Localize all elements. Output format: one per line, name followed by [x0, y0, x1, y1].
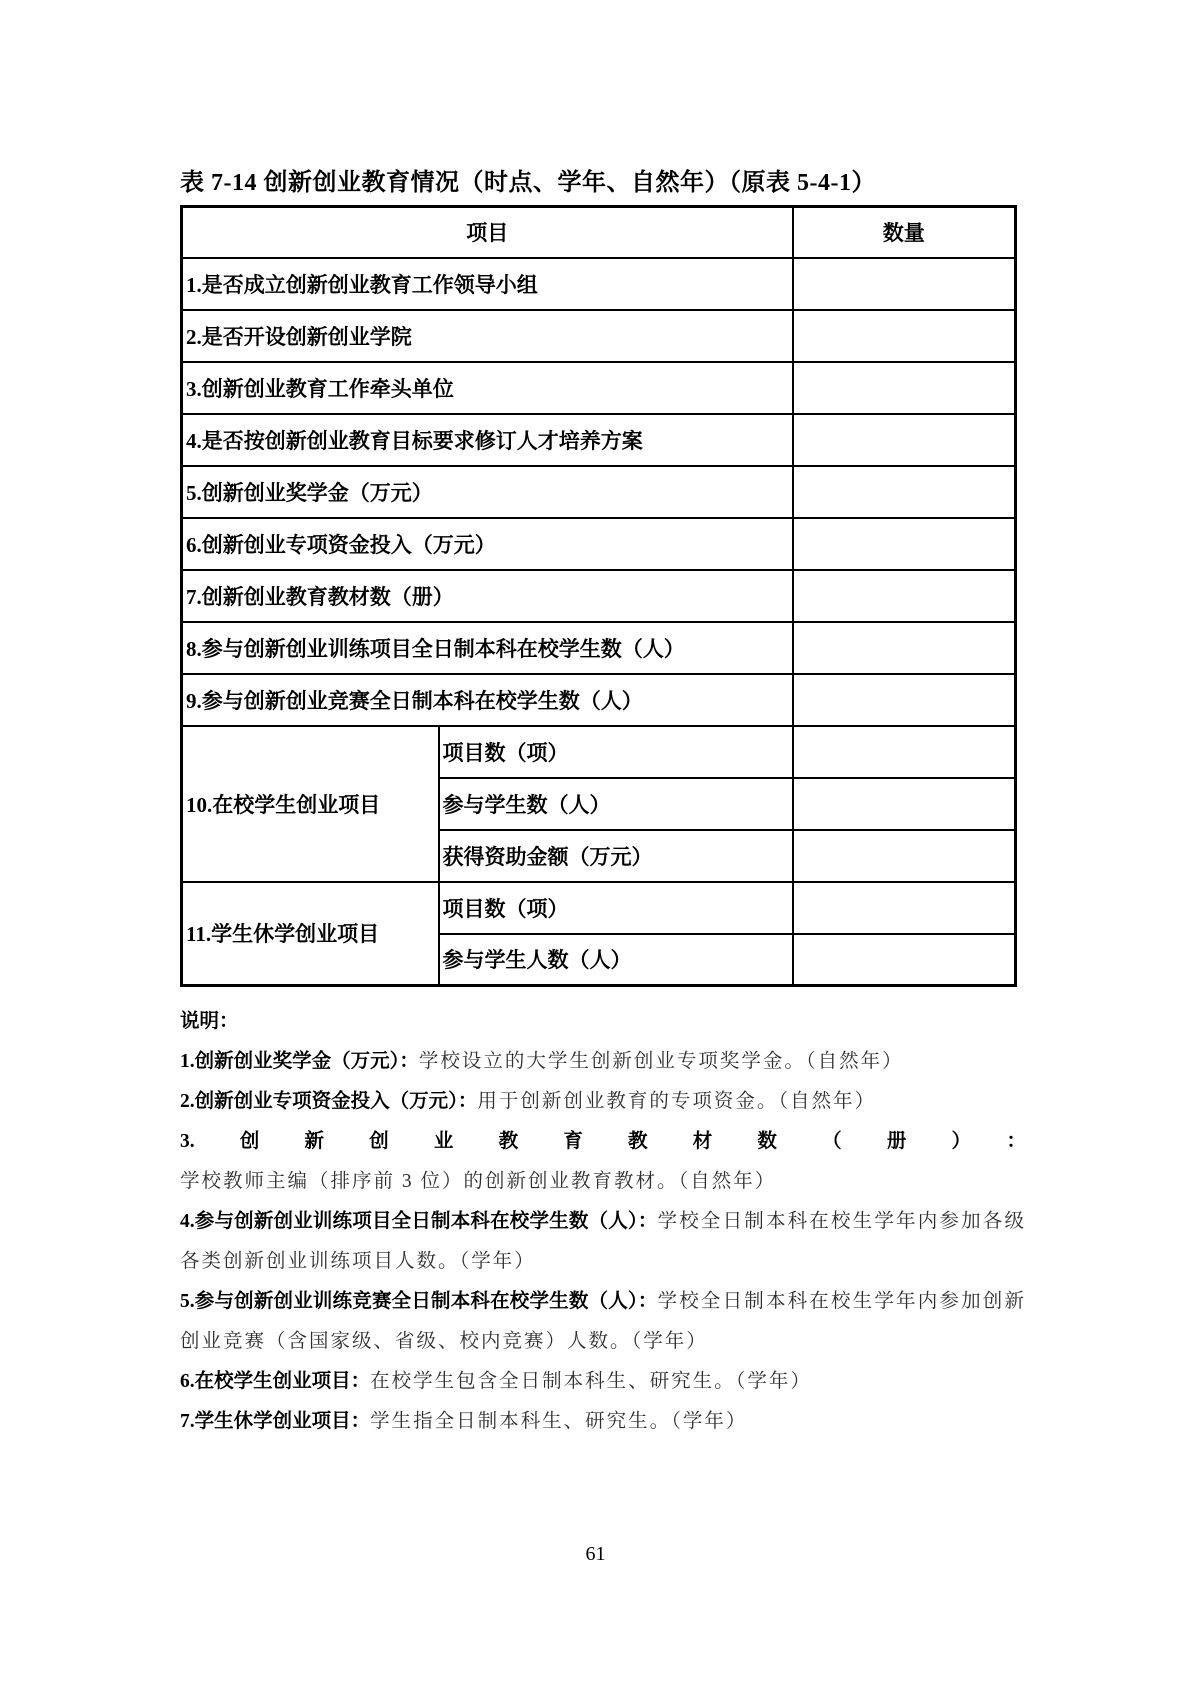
note-text: 学生指全日制本科生、研究生。（学年） [370, 1411, 747, 1432]
note-item: 3.创新创业教育教材数（册）：学校教师主编（排序前 3 位）的创新创业教育教材。… [180, 1122, 1026, 1202]
note-text: 学校设立的大学生创新创业专项奖学金。（自然年） [419, 1051, 904, 1072]
quantity-cell [793, 362, 1016, 414]
table-row: 2.是否开设创新创业学院 [182, 310, 1016, 362]
note-label: 3.创新创业教育教材数（册）： [180, 1131, 1026, 1152]
note-label: 4.参与创新创业训练项目全日制本科在校学生数（人）： [180, 1211, 658, 1232]
group-row-label: 10.在校学生创业项目 [182, 726, 439, 882]
quantity-cell [793, 518, 1016, 570]
table-row: 6.创新创业专项资金投入（万元） [182, 518, 1016, 570]
table-row: 7.创新创业教育教材数（册） [182, 570, 1016, 622]
note-item: 5.参与创新创业训练竞赛全日制本科在校学生数（人）：学校全日制本科在校生学年内参… [180, 1282, 1026, 1362]
row-label: 8.参与创新创业训练项目全日制本科在校学生数（人） [182, 622, 793, 674]
quantity-cell [793, 414, 1016, 466]
note-label: 1.创新创业奖学金（万元）： [180, 1051, 419, 1072]
column-header-quantity: 数量 [793, 207, 1016, 258]
note-label: 7.学生休学创业项目： [180, 1411, 370, 1432]
table-row: 4.是否按创新创业教育目标要求修订人才培养方案 [182, 414, 1016, 466]
note-item: 1.创新创业奖学金（万元）：学校设立的大学生创新创业专项奖学金。（自然年） [180, 1042, 1026, 1082]
page-number: 61 [0, 1543, 1191, 1566]
table-row: 8.参与创新创业训练项目全日制本科在校学生数（人） [182, 622, 1016, 674]
quantity-cell [793, 934, 1016, 986]
row-label: 7.创新创业教育教材数（册） [182, 570, 793, 622]
quantity-cell [793, 726, 1016, 778]
innovation-education-table: 项目 数量 1.是否成立创新创业教育工作领导小组 2.是否开设创新创业学院 3.… [180, 205, 1017, 987]
quantity-cell [793, 674, 1016, 726]
note-label: 6.在校学生创业项目： [180, 1371, 370, 1392]
quantity-cell [793, 882, 1016, 934]
quantity-cell [793, 570, 1016, 622]
table-row: 9.参与创新创业竞赛全日制本科在校学生数（人） [182, 674, 1016, 726]
row-label: 5.创新创业奖学金（万元） [182, 466, 793, 518]
group-row-label: 11.学生休学创业项目 [182, 882, 439, 986]
sub-row-label: 项目数（项） [439, 726, 793, 778]
row-label: 6.创新创业专项资金投入（万元） [182, 518, 793, 570]
note-text: 在校学生包含全日制本科生、研究生。（学年） [370, 1371, 812, 1392]
table-row: 10.在校学生创业项目 项目数（项） [182, 726, 1016, 778]
quantity-cell [793, 258, 1016, 310]
table-row: 1.是否成立创新创业教育工作领导小组 [182, 258, 1016, 310]
row-label: 4.是否按创新创业教育目标要求修订人才培养方案 [182, 414, 793, 466]
note-item: 7.学生休学创业项目：学生指全日制本科生、研究生。（学年） [180, 1402, 1026, 1442]
sub-row-label: 项目数（项） [439, 882, 793, 934]
column-header-item: 项目 [182, 207, 793, 258]
quantity-cell [793, 830, 1016, 882]
quantity-cell [793, 778, 1016, 830]
quantity-cell [793, 466, 1016, 518]
note-text: 学校教师主编（排序前 3 位）的创新创业教育教材。（自然年） [180, 1171, 776, 1192]
sub-row-label: 参与学生人数（人） [439, 934, 793, 986]
notes-section: 说明： 1.创新创业奖学金（万元）：学校设立的大学生创新创业专项奖学金。（自然年… [180, 1002, 1026, 1442]
sub-row-label: 获得资助金额（万元） [439, 830, 793, 882]
table-header-row: 项目 数量 [182, 207, 1016, 258]
document-page: 表 7-14 创新创业教育情况（时点、学年、自然年）（原表 5-4-1） 项目 … [0, 0, 1191, 1684]
quantity-cell [793, 310, 1016, 362]
note-label: 2.创新创业专项资金投入（万元）： [180, 1091, 477, 1112]
note-text: 用于创新创业教育的专项资金。（自然年） [477, 1091, 876, 1112]
note-item: 6.在校学生创业项目：在校学生包含全日制本科生、研究生。（学年） [180, 1362, 1026, 1402]
note-item: 4.参与创新创业训练项目全日制本科在校学生数（人）：学校全日制本科在校生学年内参… [180, 1202, 1026, 1282]
note-item: 2.创新创业专项资金投入（万元）：用于创新创业教育的专项资金。（自然年） [180, 1082, 1026, 1122]
notes-heading: 说明： [180, 1002, 1026, 1042]
quantity-cell [793, 622, 1016, 674]
row-label: 2.是否开设创新创业学院 [182, 310, 793, 362]
note-label: 5.参与创新创业训练竞赛全日制本科在校学生数（人）： [180, 1291, 658, 1312]
row-label: 1.是否成立创新创业教育工作领导小组 [182, 258, 793, 310]
table-row: 11.学生休学创业项目 项目数（项） [182, 882, 1016, 934]
row-label: 3.创新创业教育工作牵头单位 [182, 362, 793, 414]
table-title: 表 7-14 创新创业教育情况（时点、学年、自然年）（原表 5-4-1） [180, 162, 876, 197]
sub-row-label: 参与学生数（人） [439, 778, 793, 830]
row-label: 9.参与创新创业竞赛全日制本科在校学生数（人） [182, 674, 793, 726]
table-row: 5.创新创业奖学金（万元） [182, 466, 1016, 518]
table-row: 3.创新创业教育工作牵头单位 [182, 362, 1016, 414]
